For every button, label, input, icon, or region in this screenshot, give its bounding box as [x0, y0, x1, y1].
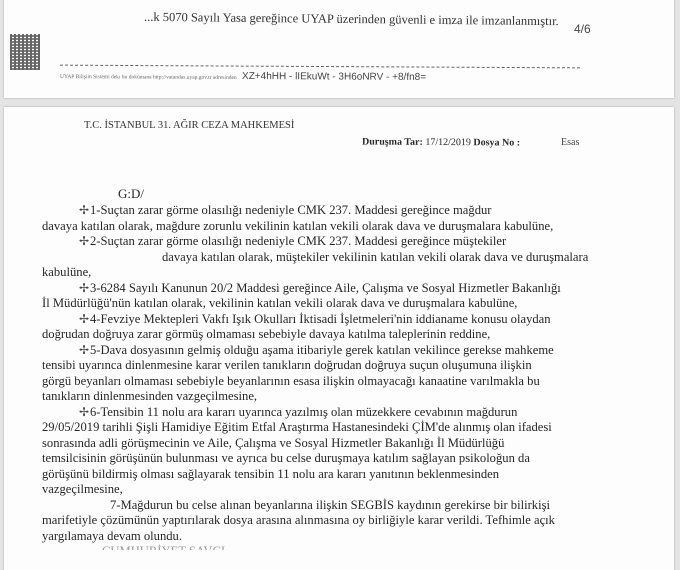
handwritten-mark-icon: ✢ — [79, 203, 89, 217]
text-line: sonrasında adli görüşmecinin ve Aile, Ça… — [42, 436, 622, 452]
text-line: ✢5-Dava dosyasının gelmiş olduğu aşama i… — [42, 343, 622, 359]
document-page: T.C. İSTANBUL 31. AĞIR CEZA MAHKEMESİ Du… — [4, 107, 674, 570]
handwritten-mark-icon: ✢ — [79, 343, 89, 357]
text-line: ✢3-6284 Sayılı Kanunun 20/2 Maddesi gere… — [42, 281, 622, 297]
text-line: ✢1-Suçtan zarar görme olasılığı nedeniyl… — [42, 203, 622, 219]
handwritten-mark-icon: ✢ — [79, 312, 89, 326]
text-line: doğrudan doğruya zarar görmüş olmaması s… — [42, 327, 622, 343]
page-number: 4/6 — [574, 22, 591, 36]
text-line: marifetiyle çözümünün yaptırılarak dosya… — [42, 513, 622, 529]
text-line: ✢4-Fevziye Mektepleri Vakfı Işık Okullar… — [42, 312, 622, 328]
text-line: davaya katılan olarak, müştekiler vekili… — [42, 250, 622, 266]
uyap-footer: UYAP Bilişim Sistemi dekı bu dokümana ht… — [60, 70, 426, 83]
qr-code-icon — [10, 34, 40, 70]
text-line: tensibi uyarınca dinlenmesine karar veri… — [42, 358, 622, 374]
decision-item-5: ✢5-Dava dosyasının gelmiş olduğu aşama i… — [42, 343, 622, 405]
text-line: ✢2-Suçtan zarar görme olasılığı nedeniyl… — [42, 234, 622, 250]
decision-item-6: ✢6-Tensibin 11 nolu ara kararı uyarınca … — [42, 405, 622, 498]
text-line: davaya katılan olarak, mağdure zorunlu v… — [42, 219, 622, 235]
decision-body: ✢1-Suçtan zarar görme olasılığı nedeniyl… — [42, 203, 622, 550]
hearing-date-label: Duruşma Tar: — [362, 136, 423, 147]
file-no-label: Dosya No : — [473, 137, 520, 148]
text-line: kabulüne, — [42, 265, 622, 281]
court-name: T.C. İSTANBUL 31. AĞIR CEZA MAHKEMESİ — [84, 120, 294, 131]
file-type: Esas — [561, 137, 579, 148]
handwritten-mark-icon: ✢ — [79, 281, 89, 295]
text-line: 29/05/2019 tarihli Şişli Hamidiye Eğitim… — [42, 420, 622, 436]
text-line: ✢6-Tensibin 11 nolu ara kararı uyarınca … — [42, 405, 622, 421]
text-line: görüşünü bildirmiş olması sağlayarak ten… — [42, 467, 622, 483]
text-line: vazgeçilmesine, — [42, 482, 622, 498]
section-heading: G:D/ — [118, 186, 144, 202]
hearing-date: 17/12/2019 — [425, 137, 471, 148]
text-line: yargılamaya devam olundu. — [42, 529, 622, 545]
decision-item-2: ✢2-Suçtan zarar görme olasılığı nedeniyl… — [42, 234, 622, 281]
hearing-info: Duruşma Tar: 17/12/2019 Dosya No : — [362, 136, 520, 148]
text-line: görgü beyanları olmaması sebebiyle beyan… — [42, 374, 622, 390]
text-line: 7-Mağdurun bu celse alınan beyanlarına i… — [42, 498, 622, 514]
text-line: İl Müdürlüğü'nün katılan olarak, vekilin… — [42, 296, 622, 312]
previous-page: ...k 5070 Sayılı Yasa gereğince UYAP üze… — [4, 0, 674, 98]
footer-verification-text: UYAP Bilişim Sistemi dekı bu dokümana ht… — [60, 74, 237, 81]
text-line: temsilcisinin görüşünün bulunması ve ayr… — [42, 451, 622, 467]
verification-code: XZ+4hHH - lIEkuWt - 3H6oNRV - +8/fn8= — [242, 71, 426, 83]
decision-item-7: 7-Mağdurun bu celse alınan beyanlarına i… — [42, 498, 622, 545]
handwritten-mark-icon: ✢ — [79, 405, 89, 419]
decision-item-1: ✢1-Suçtan zarar görme olasılığı nedeniyl… — [42, 203, 622, 234]
handwritten-mark-icon: ✢ — [79, 234, 89, 248]
footer-divider — [60, 65, 580, 69]
decision-item-4: ✢4-Fevziye Mektepleri Vakfı Işık Okullar… — [42, 312, 622, 343]
text-line: tanıkların dinlenmesinden vazgeçilmesine… — [42, 389, 622, 405]
decision-item-3: ✢3-6284 Sayılı Kanunun 20/2 Maddesi gere… — [42, 281, 622, 312]
e-signature-statement: ...k 5070 Sayılı Yasa gereğince UYAP üze… — [144, 10, 559, 29]
cut-off-text: CUMHURİYET SAVCI... — [42, 544, 622, 550]
